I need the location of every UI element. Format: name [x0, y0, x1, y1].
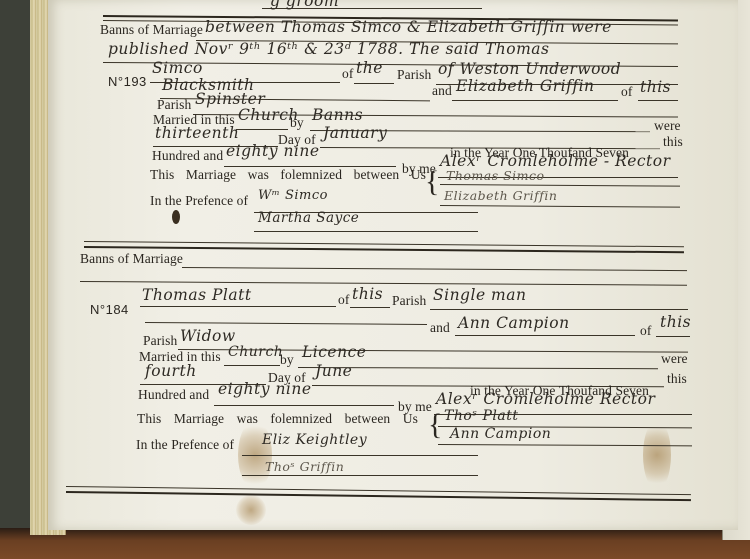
by-label: by: [280, 352, 294, 368]
by-label: by: [290, 115, 304, 131]
day: fourth: [145, 362, 197, 380]
stain: [236, 495, 266, 525]
banns-text-line2: published Novʳ 9ᵗʰ 16ᵗʰ & 23ᵈ 1788. The …: [108, 40, 550, 58]
bride-of: this: [660, 313, 691, 331]
stain: [643, 420, 671, 490]
witness-1: Wᵐ Simco: [258, 188, 328, 203]
groom-of: the: [356, 59, 383, 77]
rule: [140, 306, 336, 307]
rule: [656, 336, 690, 337]
rule: [242, 455, 478, 456]
solemnized-label: This Marriage was folemnized between Us: [137, 411, 418, 427]
groom-parish: of Weston Underwood: [438, 60, 621, 78]
rule: [236, 129, 288, 130]
and-label: and: [430, 320, 450, 336]
bride-parish-label: Parish: [157, 97, 191, 113]
month: January: [323, 124, 387, 142]
this-label: this: [667, 371, 687, 387]
day: thirteenth: [155, 124, 239, 142]
entry-number: N°193: [108, 74, 147, 89]
groom-condition: Single man: [433, 286, 526, 304]
brace: {: [425, 167, 439, 197]
rule: [455, 335, 635, 336]
hundred-label: Hundred and: [152, 148, 223, 164]
brace: {: [428, 410, 442, 440]
bride-name: Elizabeth Griffin: [456, 77, 595, 95]
year-words: eighty nine: [226, 142, 320, 160]
rule: [224, 365, 280, 366]
year-words: eighty nine: [218, 380, 312, 398]
ink-blot: [172, 210, 180, 224]
rule: [354, 83, 394, 84]
previous-entry-fragment: g groom: [270, 0, 339, 10]
banns-text-line1: between Thomas Simco & Elizabeth Griffin…: [205, 18, 612, 36]
witness-2: Martha Sayce: [258, 210, 359, 226]
rule: [214, 405, 394, 406]
entry-number: N°184: [90, 302, 129, 317]
signature-bride: Elizabeth Griffin: [444, 188, 557, 203]
banns-label: Banns of Marriage: [80, 251, 183, 267]
signature-groom: Thoˢ Platt: [444, 408, 518, 424]
solemnized-label: This Marriage was folemnized between Us: [150, 167, 426, 183]
rule: [430, 309, 688, 310]
rule: [242, 475, 478, 476]
presence-label: In the Prefence of: [136, 437, 234, 453]
bride-condition: Widow: [180, 327, 236, 345]
presence-label: In the Prefence of: [150, 193, 248, 209]
parish-label: Parish: [392, 293, 426, 309]
officiant: Alexʳ Cromleholme Rector: [436, 390, 655, 408]
rule: [350, 307, 390, 308]
of-label: of: [342, 66, 353, 82]
banns-label: Banns of Marriage: [100, 22, 203, 38]
were-label: were: [654, 118, 681, 134]
rule: [254, 231, 478, 232]
method: Banns: [312, 106, 363, 124]
method: Licence: [302, 343, 366, 361]
were-label: were: [661, 351, 688, 367]
witness-1: Eliz Keightley: [262, 432, 367, 448]
rule: [452, 100, 618, 101]
of-label: of: [640, 323, 651, 339]
signature-bride: Ann Campion: [450, 426, 551, 442]
groom-of: this: [352, 285, 383, 303]
rule: [638, 100, 678, 101]
and-label: and: [432, 83, 452, 99]
witness-2: Thoˢ Griffin: [265, 459, 344, 474]
bride-name: Ann Campion: [458, 314, 570, 332]
place: Church: [228, 344, 283, 360]
desk-surface: [0, 528, 750, 559]
bride-of: this: [640, 78, 671, 96]
signature-groom: Thomas Simco: [446, 168, 545, 183]
of-label: of: [621, 84, 632, 100]
month: June: [315, 362, 352, 380]
bride-parish-label: Parish: [143, 333, 177, 349]
groom-name: Simco: [152, 59, 203, 77]
groom-name: Thomas Platt: [142, 286, 252, 304]
hundred-label: Hundred and: [138, 387, 209, 403]
this-label: this: [663, 134, 683, 150]
of-label: of: [338, 292, 349, 308]
parish-label: Parish: [397, 67, 431, 83]
